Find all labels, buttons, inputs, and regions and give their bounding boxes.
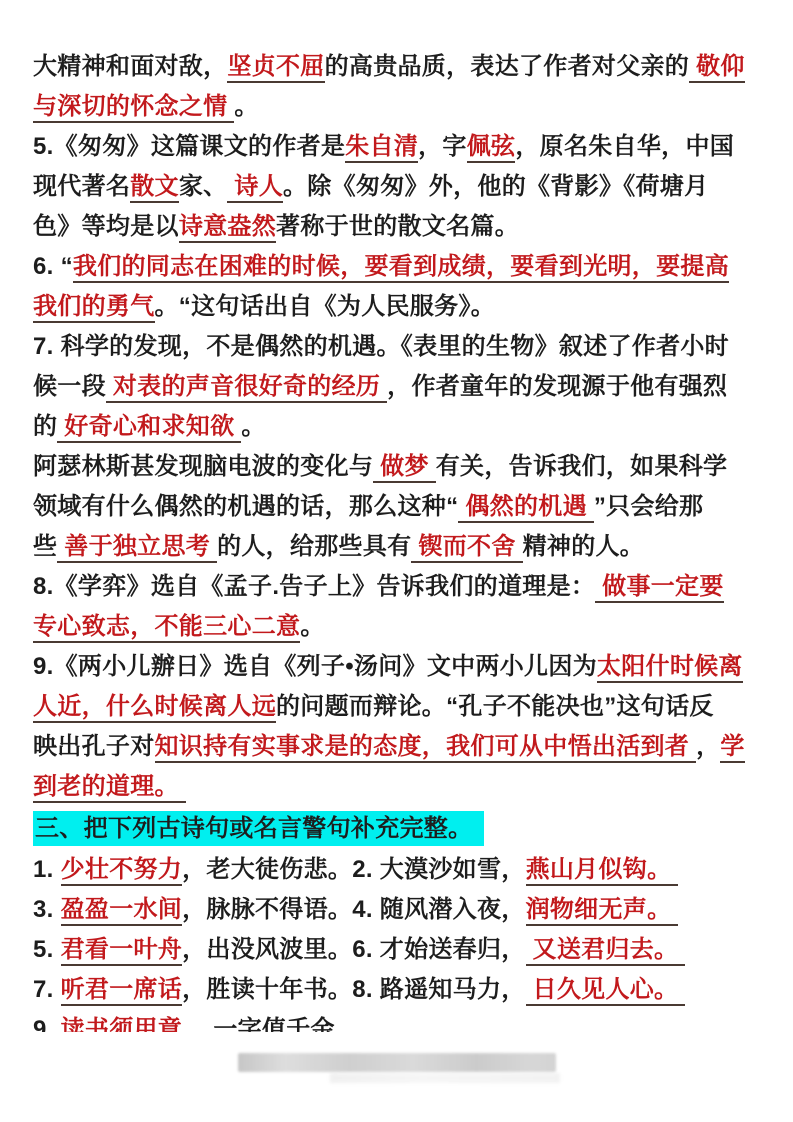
answer-blank: 知识持有实事求是的态度，我们可从中悟出活到者 [155,733,697,763]
text-segment: 的人，给那些具有 [217,533,411,560]
answer-blank: 坚贞不屈 [227,53,324,83]
text-segment: 。 [234,93,258,120]
text-segment: 9.《两小儿辦日》选自《列子•汤问》文中两小儿因为 [33,653,597,680]
text-segment: 1. [33,856,61,883]
text-line: 8.《学弈》选自《孟子.告子上》告诉我们的道理是： 做事一定要 [33,567,768,607]
text-segment: 。“这句话出自《为人民服务》。 [155,293,496,320]
text-segment: 些 [33,533,57,560]
text-segment: 5. [33,936,61,963]
answer-blank: 专心致志，不能三心二意 [33,613,300,643]
text-segment: ，作者童年的发现源于他有强烈 [387,373,727,400]
answer-blank: 偶然的机遇 [458,493,593,523]
text-line: 1. 少壮不努力，老大徒伤悲。2. 大漠沙如雪，燕山月似钩。 [33,850,768,890]
text-segment: 3. [33,896,61,923]
text-line: 些 善于独立思考 的人，给那些具有 锲而不舍 精神的人。 [33,527,768,567]
text-line: 专心致志，不能三心二意。 [33,607,768,647]
answer-blank: 太阳什时候离 [597,653,743,683]
answer-blank: 善于独立思考 [57,533,217,563]
text-segment: 现代著名 [33,173,130,200]
text-segment: 阿瑟林斯甚发现脑电波的变化与 [33,453,373,480]
text-line: 阿瑟林斯甚发现脑电波的变化与 做梦 有关，告诉我们，如果科学 [33,447,768,487]
text-segment: ，出没风波里。6. 才始送春归， [182,936,525,963]
answer-blank: 又送君归去。 [526,936,686,966]
text-line: 色》等均是以诗意盎然著称于世的散文名篇。 [33,207,768,247]
text-segment: 的高贵品质，表达了作者对父亲的 [325,53,690,80]
answer-blank: 佩弦 [467,133,516,163]
answer-blank: 我们的勇气 [33,293,155,323]
text-segment: 8.《学弈》选自《孟子.告子上》告诉我们的道理是： [33,573,595,600]
text-segment: 。 [241,413,265,440]
answer-blank: 读书须用意 [61,1016,189,1032]
answer-blank: 君看一叶舟 [61,936,183,966]
answer-blank: 诗人 [227,173,283,203]
blurred-watermark-shadow [330,1073,560,1083]
answer-blank: 做事一定要 [595,573,723,603]
text-segment: 。 [300,613,324,640]
answer-blank: 对表的声音很好奇的经历 [106,373,387,403]
text-segment: 6. “ [33,253,73,280]
text-line: 大精神和面对敌，坚贞不屈的高贵品质，表达了作者对父亲的 敬仰 [33,47,768,87]
text-segment: 5.《匆匆》这篇课文的作者是 [33,133,345,160]
text-segment: 精神的人。 [523,533,645,560]
text-segment: ，字 [418,133,467,160]
answer-blank: 盈盈一水间 [61,896,183,926]
answer-blank: 学 [720,733,744,763]
section-header-highlight: 三、把下列古诗句或名言警句补充完整。 [33,811,484,846]
answer-blank: 散文 [130,173,179,203]
text-line: 5. 君看一叶舟，出没风波里。6. 才始送春归， 又送君归去。 [33,930,768,970]
text-line: 9. 读书须用意 ，一字值千金 [33,1010,768,1032]
text-line: 6. “我们的同志在困难的时候，要看到成绩，要看到光明，要提高 [33,247,768,287]
text-segment: 大精神和面对敌， [33,53,227,80]
text-line: 我们的勇气。“这句话出自《为人民服务》。 [33,287,768,327]
text-segment: 领域有什么偶然的机遇的话，那么这种“ [33,493,458,520]
text-line: 3. 盈盈一水间，脉脉不得语。4. 随风潜入夜，润物细无声。 [33,890,768,930]
text-line: 候一段 对表的声音很好奇的经历 ，作者童年的发现源于他有强烈 [33,367,768,407]
text-segment: 9. [33,1016,61,1032]
text-line: 的 好奇心和求知欲 。 [33,407,768,447]
text-segment: 的 [33,413,57,440]
text-segment: ，一字值千金 [189,1016,335,1032]
answer-blank: 燕山月似钩。 [526,856,679,886]
text-segment: 。除《匆匆》外，他的《背影》《荷塘月 [283,173,708,200]
text-segment: ，原名朱自华，中国 [515,133,734,160]
text-line: 7. 科学的发现，不是偶然的机遇。《表里的生物》叙述了作者小时 [33,327,768,367]
text-segment: 三、把下列古诗句或名言警句补充完整。 [35,815,472,842]
answer-blank: 听君一席话 [61,976,183,1006]
text-segment: 映出孔子对 [33,733,155,760]
text-line: 映出孔子对知识持有实事求是的态度，我们可从中悟出活到者 ，学 [33,727,768,767]
worksheet-text-content: 大精神和面对敌，坚贞不屈的高贵品质，表达了作者对父亲的 敬仰与深切的怀念之情 。… [33,47,768,1032]
answer-blank: 润物细无声。 [526,896,679,926]
answer-blank: 好奇心和求知欲 [57,413,241,443]
text-segment: 著称于世的散文名篇。 [276,213,519,240]
text-line: 领域有什么偶然的机遇的话，那么这种“ 偶然的机遇 ”只会给那 [33,487,768,527]
text-segment: 的问题而辩论。“孔子不能决也”这句话反 [276,693,714,720]
answer-blank: 朱自清 [345,133,418,163]
answer-blank: 锲而不舍 [411,533,522,563]
text-line: 现代著名散文家、 诗人。除《匆匆》外，他的《背影》《荷塘月 [33,167,768,207]
text-segment: 家、 [179,173,228,200]
text-segment: 有关，告诉我们，如果科学 [436,453,728,480]
text-segment: ”只会给那 [594,493,704,520]
text-segment: 7. 科学的发现，不是偶然的机遇。《表里的生物》叙述了作者小时 [33,333,729,360]
text-segment: 7. [33,976,61,1003]
section-header-line: 三、把下列古诗句或名言警句补充完整。 [33,809,768,849]
answer-blank: 少壮不努力 [61,856,183,886]
text-segment: ，脉脉不得语。4. 随风潜入夜， [182,896,525,923]
answer-blank: 人近，什么时候离人远 [33,693,276,723]
answer-blank: 与深切的怀念之情 [33,93,234,123]
text-segment: ，胜读十年书。8. 路遥知马力， [182,976,525,1003]
text-line: 人近，什么时候离人远的问题而辩论。“孔子不能决也”这句话反 [33,687,768,727]
text-line: 7. 听君一席话，胜读十年书。8. 路遥知马力， 日久见人心。 [33,970,768,1010]
answer-blank: 我们的同志在困难的时候，要看到成绩，要看到光明，要提高 [73,253,729,283]
text-line: 与深切的怀念之情 。 [33,87,768,127]
answer-blank: 诗意盎然 [179,213,276,243]
text-line: 到老的道理。 [33,767,768,807]
text-segment: 色》等均是以 [33,213,179,240]
text-line: 9.《两小儿辦日》选自《列子•汤问》文中两小儿因为太阳什时候离 [33,647,768,687]
text-segment: 候一段 [33,373,106,400]
text-segment: ，老大徒伤悲。2. 大漠沙如雪， [182,856,525,883]
answer-blank: 日久见人心。 [526,976,686,1006]
text-segment: ， [696,733,720,760]
text-line: 5.《匆匆》这篇课文的作者是朱自清，字佩弦，原名朱自华，中国 [33,127,768,167]
blurred-watermark [238,1053,556,1072]
answer-blank: 到老的道理。 [33,773,186,803]
answer-blank: 敬仰 [689,53,745,83]
answer-blank: 做梦 [373,453,436,483]
